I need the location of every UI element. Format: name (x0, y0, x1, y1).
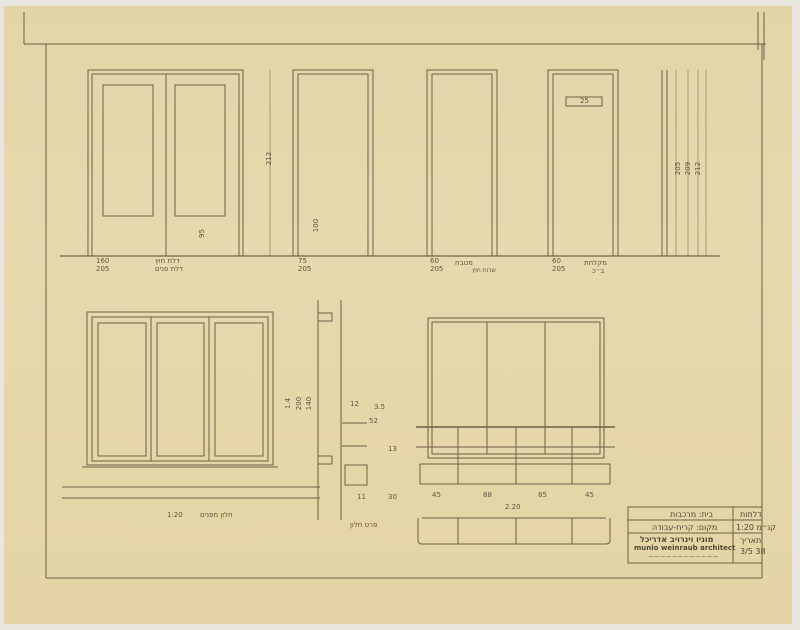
window-detail-label: פרט חלון (350, 522, 377, 529)
door-3-width: 60 (430, 258, 439, 265)
door-3-label-1: מטבח (455, 260, 473, 267)
signature: ~~~~~~~~~~~~ (648, 553, 718, 561)
door-3-label-2: שרות חוץ (472, 268, 496, 274)
door-4-label-2: ב״כ (592, 268, 604, 275)
door-4-vent-width: 25 (580, 98, 589, 105)
balcony-total: 2.20 (505, 504, 521, 511)
balcony-dim-4: 45 (585, 492, 594, 499)
door-3-height: 205 (430, 266, 443, 273)
title-row1-value: בית: מרכבות (670, 510, 713, 519)
architect-latin: munio weinraub architect (634, 544, 735, 552)
balcony-dim-3: 85 (538, 492, 547, 499)
section-dim-2: 209 (685, 162, 692, 175)
double-door-height: 205 (96, 266, 109, 273)
scale-label: 1:20 (167, 512, 183, 519)
door-4-label-1: מקלחת (584, 260, 607, 267)
double-door-dim-handle: 95 (199, 229, 206, 238)
detail-dim-3: 52 (369, 418, 378, 425)
door-4-height: 205 (552, 266, 565, 273)
detail-dim-4: 13 (388, 446, 397, 453)
title-row3-label: תאריך (740, 536, 761, 545)
window-dim-3: 140 (306, 397, 313, 410)
detail-dim-7: 3.5 (374, 404, 385, 411)
detail-dim-6: 11 (357, 494, 366, 501)
title-date: 3/5 38 (740, 547, 766, 556)
detail-dim-5: 30 (388, 494, 397, 501)
section-dim-3: 212 (695, 162, 702, 175)
section-dim-1: 205 (675, 162, 682, 175)
window-label: חלון מפנים (200, 512, 233, 519)
detail-dim-1: 12 (350, 401, 359, 408)
double-door-label-1: דלת חוץ (155, 258, 180, 265)
balcony-dim-1: 45 (432, 492, 441, 499)
door-2-dim-handle: 100 (313, 219, 320, 232)
window-dim-1: 1.4 (285, 398, 292, 409)
architect-hebrew: מוניו וינרויב אדריכל (640, 535, 713, 544)
double-door-dim-height: 212 (266, 152, 273, 165)
title-row2-value: מקום: קרית-עבודה (652, 523, 717, 532)
door-4-width: 60 (552, 258, 561, 265)
door-2-width: 75 (298, 258, 307, 265)
double-door-label-2: דלת פנים (155, 266, 183, 273)
door-2-height: 205 (298, 266, 311, 273)
title-row2-label: קנ״מ 1:20 (736, 523, 776, 532)
title-row1-label: דלתות (740, 510, 762, 519)
double-door-width: 160 (96, 258, 109, 265)
balcony-dim-2: 88 (483, 492, 492, 499)
window-dim-2: 200 (296, 397, 303, 410)
